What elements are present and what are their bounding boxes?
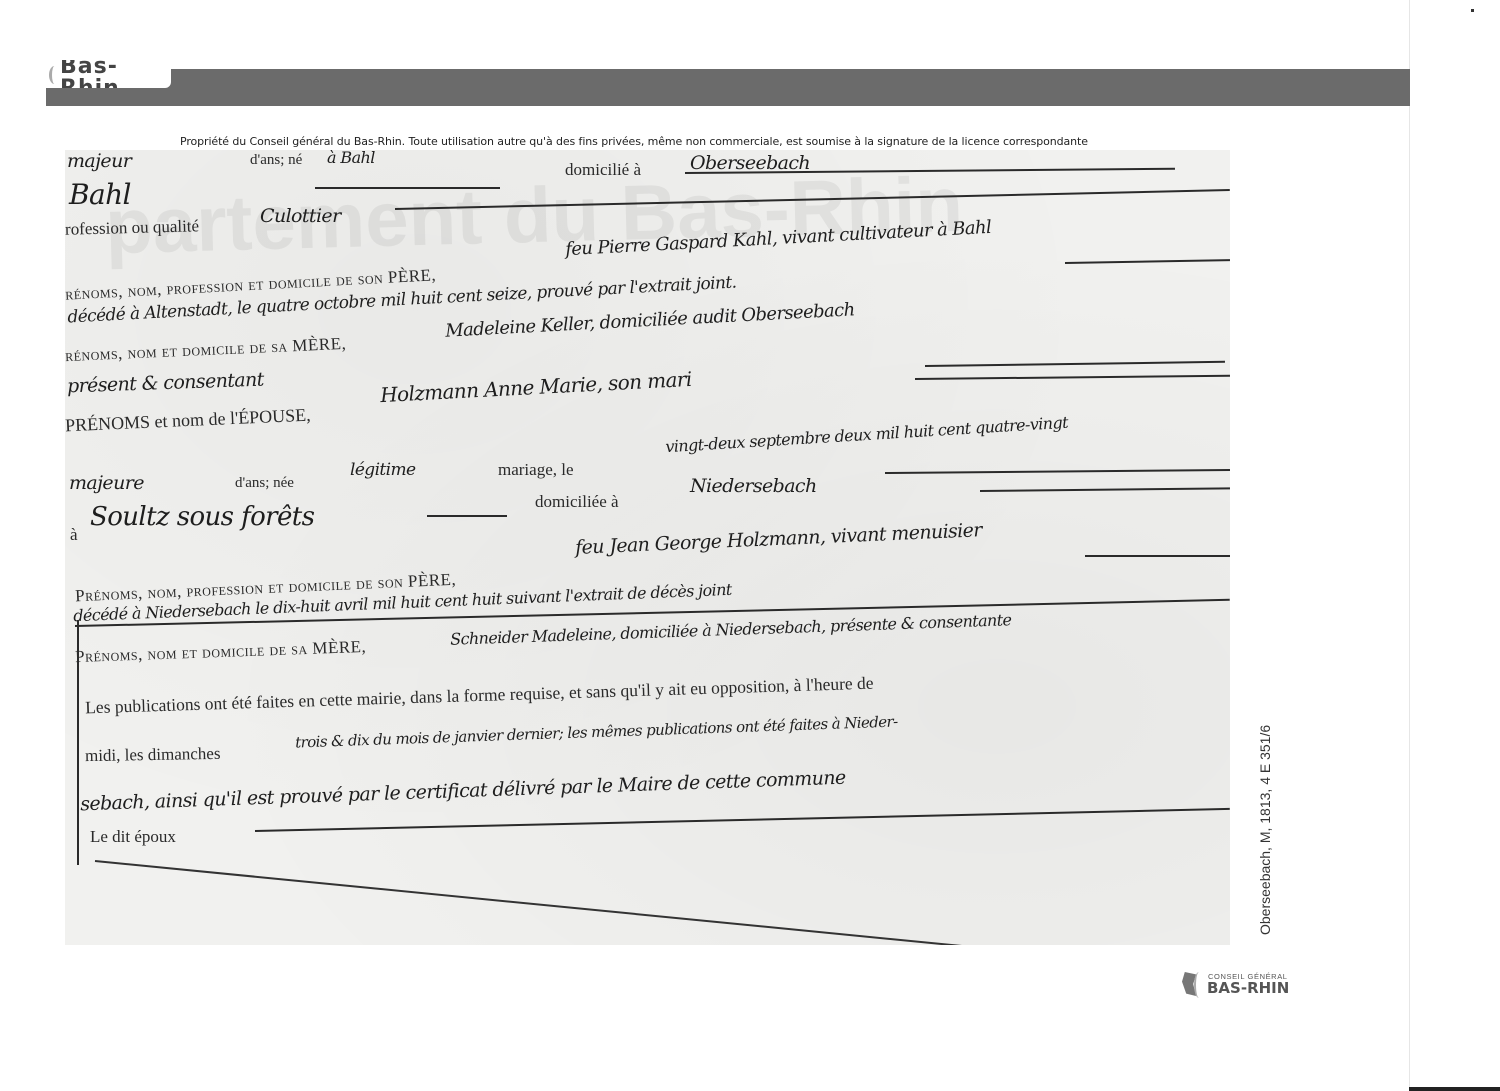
bride-birth-handwritten: légitime — [350, 460, 415, 480]
profession-handwritten: Culottier — [260, 205, 341, 227]
logo-main-line: BAS-RHIN — [1207, 979, 1289, 997]
form-rule — [255, 808, 1230, 832]
label-age-bride: d'ans; née — [235, 475, 294, 492]
bride-name-handwritten: Holzmann Anne Marie, son mari — [380, 367, 693, 407]
marriage-date-handwritten: vingt-deux septembre deux mil huit cent … — [665, 413, 1069, 457]
copyright-notice: Propriété du Conseil général du Bas-Rhin… — [180, 135, 1180, 148]
scan-speck — [1471, 9, 1474, 12]
groom-place-handwritten: Bahl — [69, 178, 131, 211]
bride-birthplace-handwritten: Soultz sous forêts — [90, 502, 314, 532]
label-bride: PRÉNOMS et nom de l'ÉPOUSE, — [65, 405, 311, 437]
watermark: partement du Bas-Rhin — [104, 159, 964, 272]
bride-father-line1: feu Jean George Holzmann, vivant menuisi… — [575, 519, 983, 559]
form-rule — [915, 375, 1230, 380]
page-bottom-bar — [1409, 1087, 1500, 1091]
archive-reference-caption: Oberseebach, M, 1813, 4 E 351/6 — [1257, 725, 1273, 935]
form-rule — [1065, 259, 1230, 264]
bride-age-handwritten: majeure — [69, 472, 144, 494]
label-mother-groom: rénoms, nom et domicile de sa MÈRE, — [65, 334, 347, 366]
label-age-groom: d'ans; né — [250, 152, 302, 169]
form-rule — [980, 487, 1230, 492]
label-domicile-bride: domiciliée à — [535, 492, 619, 512]
publications-line2-handwritten: sebach, ainsi qu'il est prouvé par le ce… — [80, 767, 846, 816]
form-rule — [427, 515, 507, 517]
groom-birthplace-handwritten: à Bahl — [327, 150, 375, 167]
margin-rule — [77, 620, 79, 865]
label-domicile-groom: domicilié à — [565, 160, 641, 180]
cancellation-stroke — [95, 860, 1001, 945]
header-tab-label: Bas-Rhin — [60, 60, 171, 88]
label-publications-1: Les publications ont été faites en cette… — [85, 673, 874, 719]
groom-age-handwritten: majeur — [67, 150, 131, 172]
form-rule — [885, 469, 1230, 474]
document-scan: partement du Bas-Rhin majeur d'ans; né à… — [65, 150, 1230, 945]
label-a: à — [70, 525, 78, 545]
logo-arc-icon — [1194, 972, 1204, 998]
groom-mother-line1: Madeleine Keller, domiciliée audit Obers… — [445, 299, 855, 341]
page-edge-divider — [1409, 0, 1410, 1091]
header-logo-tab: Bas-Rhin — [46, 60, 171, 88]
logo-swoosh-icon — [49, 66, 60, 84]
label-mother-bride: Prénoms, nom et domicile de sa MÈRE, — [75, 637, 367, 667]
bride-domicile-handwritten: Niedersebach — [690, 475, 817, 497]
conseil-general-logo: CONSEIL GÉNÉRAL BAS-RHIN — [1182, 970, 1292, 1000]
label-mariage: mariage, le — [498, 460, 574, 480]
label-le-dit-epoux: Le dit époux — [90, 827, 176, 847]
form-rule — [925, 361, 1225, 367]
label-publications-2: midi, les dimanches — [85, 744, 221, 766]
groom-mother-line2: présent & consentant — [67, 369, 264, 398]
form-rule — [315, 187, 500, 189]
label-profession: rofession ou qualité — [65, 216, 199, 240]
header-band — [46, 69, 1410, 106]
form-rule — [1085, 555, 1230, 557]
publications-line1-handwritten: trois & dix du mois de janvier dernier; … — [295, 712, 898, 751]
